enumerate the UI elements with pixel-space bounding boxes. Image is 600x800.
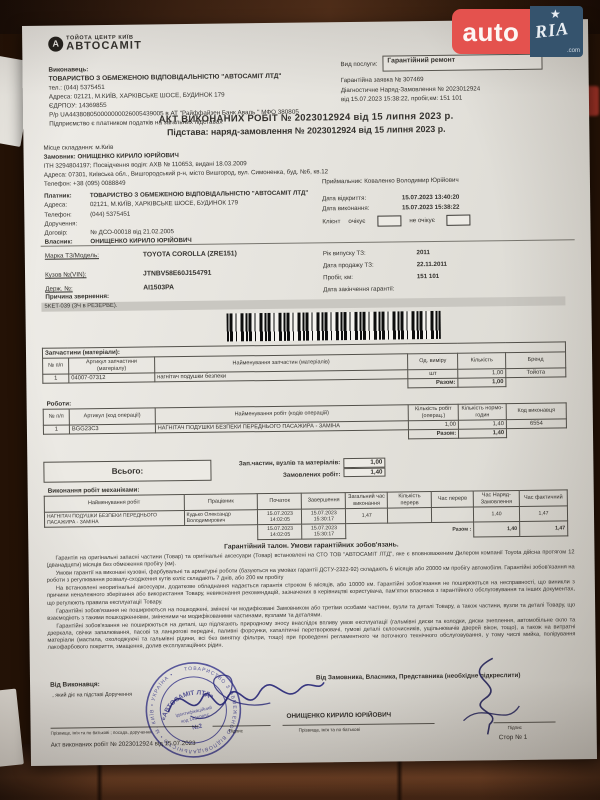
- signature-line-caption: Прізвище, ім'я та по батькові ; посада, …: [51, 729, 152, 735]
- vehicle-model-value: TOYOTA COROLLA (ZRE151): [143, 250, 237, 258]
- service-type-block: Вид послуги: Гарантійний ремонт Гарантій…: [340, 53, 586, 104]
- col-unit: Од. виміру: [408, 353, 458, 370]
- totals-works-value: 1,40: [343, 467, 385, 477]
- col-executor-code: Код виконавця: [506, 403, 566, 420]
- col-total-time: Загальний час виконання: [346, 492, 388, 509]
- vehicle-vin-row: Кузов №(VIN): JTNBV58E60J154791: [45, 269, 305, 279]
- payer-address-label: Адреса:: [44, 201, 88, 211]
- works-section: № п/п Артикул (код операції) Найменуванн…: [43, 402, 567, 443]
- totals-parts-label: Зап.частин, вузлів та матеріалів:: [214, 459, 340, 468]
- barcode-icon: [227, 311, 441, 342]
- col-fact-time: Час фактичний: [519, 490, 567, 507]
- parts-total-qty: 1,00: [458, 378, 506, 388]
- mech-footer-fact-time: 1,47: [520, 521, 568, 537]
- receiver-name: Приймальник: Коваленко Володимир Юрійови…: [322, 177, 459, 186]
- auto-ria-watermark: auto ★ RIA .com: [452, 6, 583, 57]
- ria-logo-text: RIA: [534, 18, 570, 43]
- vehicle-plate-label: Держ. №:: [45, 285, 73, 292]
- status-block: Дата відкриття: 15.07.2023 13:40:20 Дата…: [322, 193, 471, 228]
- dealer-logo: A ТОЙОТА ЦЕНТР КИЇВ АВТОСАМІТ: [48, 35, 142, 52]
- col-work-qty: Кількість робіт (операц.): [408, 404, 458, 421]
- mech-fact-time: 1,47: [519, 506, 567, 522]
- warranty-end-label: Дата закінчення гарантії:: [323, 285, 394, 293]
- mechanics-section-label: Виконання робіт механіками:: [48, 487, 140, 495]
- executor-basis: , який діє на підставі Доручення: [52, 692, 132, 699]
- client-label: Клієнт: [322, 217, 340, 227]
- totals-block: Всього: Зап.частин, вузлів та матеріалів…: [43, 455, 567, 482]
- warranty-text: Гарантія на оригінальні запасні частини …: [46, 549, 575, 653]
- service-type-label: Вид послуги:: [340, 60, 377, 67]
- toyota-dealer-logo-icon: A: [48, 36, 63, 51]
- mech-footer-start: 15.07.2023 14:02:05: [258, 524, 302, 540]
- mech-order-time: 1,40: [473, 506, 519, 522]
- auto-logo-text: auto: [463, 19, 520, 45]
- mechanics-table: Найменування робіт Працівник Початок Зав…: [44, 489, 569, 542]
- col-code: Артикул (код операції): [69, 408, 155, 425]
- customer-signature-icon: [445, 654, 531, 742]
- parts-table: Запчастини (матеріали): № п/п Артикул за…: [42, 341, 567, 392]
- totals-parts-value: 1,00: [343, 458, 385, 468]
- vehicle-plate-row: Держ. №: АІ1503РА: [45, 283, 305, 293]
- waiting-label: очікує: [348, 216, 365, 226]
- reason-label: Причина звернення:: [45, 293, 109, 301]
- mech-worker: Кудько Олександр Володимирович: [184, 510, 258, 526]
- col-breaks-time: Час перерв: [431, 491, 473, 508]
- col-end: Завершення: [302, 493, 346, 510]
- col-qty: Кількість: [458, 353, 506, 370]
- work-num: 1: [43, 425, 69, 434]
- col-norm-hours: Кількість нормо-годин: [458, 404, 506, 421]
- col-breaks-count: Кількість перерв: [387, 492, 431, 509]
- executor-signature-icon: [158, 662, 329, 739]
- mech-breaks-time: [432, 507, 474, 523]
- mech-breaks-count: [388, 508, 432, 524]
- from-executor-label: Від Виконавця:: [50, 681, 100, 689]
- vehicle-sold-label: Дата продажу ТЗ:: [323, 259, 415, 272]
- col-brand: Бренд: [506, 352, 566, 369]
- vehicle-model-row: Марка ТЗ/Модель: TOYOTA COROLLA (ZRE151): [45, 250, 305, 260]
- vehicle-vin-label: Кузов №(VIN):: [45, 271, 87, 279]
- mech-total-time: 1,47: [346, 508, 388, 524]
- vehicle-year-value: 2011: [416, 249, 430, 256]
- col-article: Артикул запчастини (матеріалу): [69, 357, 155, 374]
- customer-label: Замовник:: [44, 153, 76, 160]
- payer-address: 02121, М.КИЇВ, ХАРКІВСЬКЕ ШОСЕ, БУДИНОК …: [90, 200, 238, 209]
- waiting-checkbox: [377, 215, 401, 226]
- totals-works-label: Замовлених робіт:: [214, 471, 340, 480]
- mech-start: 15.07.2023 14:02:05: [258, 509, 302, 525]
- vehicle-plate-value: АІ1503РА: [143, 284, 174, 291]
- vehicle-mileage-label: Пробіг, км:: [323, 271, 415, 284]
- part-num: 1: [43, 374, 69, 383]
- payer-phone-label: Телефон:: [44, 210, 88, 220]
- payer-phone: (044) 5375451: [90, 210, 130, 217]
- document-paper: A ТОЙОТА ЦЕНТР КИЇВ АВТОСАМІТ Виконавець…: [22, 19, 597, 766]
- under-sheet-corner: [0, 689, 24, 768]
- parts-section: Запчастини (матеріали): № п/п Артикул за…: [42, 341, 567, 392]
- mechanics-section: Найменування робіт Працівник Початок Зав…: [44, 489, 569, 542]
- works-total-label: Разом:: [409, 429, 459, 439]
- contract-value: № ДСО-00018 від 21.02.2005: [90, 228, 174, 236]
- ria-logo: ★ RIA .com: [530, 6, 583, 57]
- col-num: № п/п: [43, 358, 69, 374]
- vehicle-right-block: Рік випуску ТЗ: 2011 Дата продажу ТЗ: 22…: [323, 247, 448, 297]
- vehicle-mileage-value: 151 101: [417, 273, 439, 280]
- diagnostic-order-date: від 15.07.2023 15:38:22, пробіг,км: 151 …: [341, 92, 586, 104]
- mech-footer-end: 15.07.2023 15:30:17: [302, 524, 346, 540]
- vehicle-year-label: Рік випуску ТЗ:: [323, 247, 415, 260]
- mech-footer-order-time: 1,40: [474, 521, 520, 537]
- payer-label: Платник:: [44, 191, 88, 201]
- contract-label: Договір:: [44, 228, 88, 238]
- auto-logo: auto: [452, 9, 530, 54]
- warranty-paragraph: Гарантійні зобов'язання не поширюються н…: [47, 617, 575, 652]
- done-date-value: 15.07.2023 15:38:22: [402, 204, 460, 212]
- parts-total-label: Разом:: [408, 378, 458, 388]
- col-work-name: Найменування робіт: [44, 495, 184, 513]
- done-date-label: Дата виконання:: [322, 203, 400, 214]
- totals-label: Всього:: [43, 460, 211, 483]
- vehicle-sold-value: 22.11.2011: [417, 261, 447, 268]
- mech-end: 15.07.2023 15:30:17: [302, 509, 346, 525]
- works-section-label: Роботи:: [47, 400, 72, 407]
- works-table: № п/п Артикул (код операції) Найменуванн…: [43, 402, 567, 443]
- payer-name: ТОВАРИСТВО З ОБМЕЖЕНОЮ ВІДПОВІДАЛЬНІСТЮ …: [90, 190, 309, 200]
- vehicle-model-label: Марка ТЗ/Модель:: [45, 252, 99, 260]
- reason-value: 5KET-039 (ЗЧ в РЕЗЕРВЕ).: [41, 296, 565, 311]
- works-total-hours: 1,40: [459, 429, 507, 439]
- col-start: Початок: [258, 493, 302, 510]
- open-date-value: 15.07.2023 13:40:20: [402, 194, 460, 202]
- dealer-name: АВТОСАМІТ: [66, 41, 142, 52]
- mech-footer-label: Разом :: [346, 522, 474, 539]
- not-waiting-label: не очікує: [409, 215, 435, 225]
- vehicle-vin-value: JTNBV58E60J154791: [143, 270, 211, 278]
- payer-block: Платник: ТОВАРИСТВО З ОБМЕЖЕНОЮ ВІДПОВІД…: [44, 188, 365, 248]
- col-worker: Працівник: [184, 494, 258, 511]
- customer-name: ОНИЩЕНКО КИРИЛО ЮРІЙОВИЧ: [77, 152, 178, 160]
- not-waiting-checkbox: [447, 215, 471, 226]
- ria-com-text: .com: [567, 48, 580, 54]
- mech-work-name: НАГНІТАЧ ПОДУШКИ БЕЗПЕКИ ПЕРЕДНЬОГО ПАСА…: [44, 511, 184, 528]
- col-num: № п/п: [43, 409, 69, 425]
- attorney-label: Доручення:: [44, 219, 88, 229]
- col-order-time: Час Наряд-Замовлення: [473, 490, 519, 507]
